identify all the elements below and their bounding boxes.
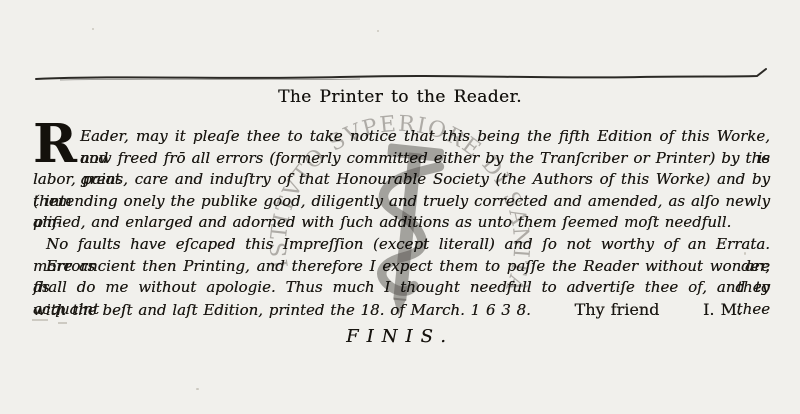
body-text: Eader, may it pleaſe thee to take notice… <box>33 126 770 320</box>
paper-speck <box>196 388 199 390</box>
body-line: Eader, may it pleaſe thee to take notice… <box>33 126 770 148</box>
body-line: ( intending onely the publike good, dili… <box>33 191 770 213</box>
body-line: more ancient then Printing, and therefor… <box>33 256 770 278</box>
paper-smudge <box>58 322 67 324</box>
paper-speck <box>744 252 746 255</box>
body-line: now freed frō all errors (formerly commi… <box>33 148 770 170</box>
paper-smudge <box>32 319 48 321</box>
signoff-text: Thy friend <box>575 299 660 321</box>
body-line: No faults have eſcaped this Impreſſion (… <box>33 234 770 256</box>
body-line: ſhall do me without apologie. Thus much … <box>33 277 770 299</box>
body-line: labor, pains, care and induſtry of that … <box>33 169 770 191</box>
paper-speck <box>92 28 94 30</box>
body-line: plified, and enlarged and adorned with ſ… <box>33 212 770 234</box>
page-scan: The Printer to the Reader. R Eader, may … <box>0 0 800 414</box>
paper-speck <box>377 30 379 32</box>
page-title: The Printer to the Reader. <box>0 87 800 107</box>
finis-text: FINIS. <box>0 326 800 347</box>
initials-text: I. M. <box>703 299 742 321</box>
date-text: with the beſt and laſt Edition, printed … <box>33 300 531 322</box>
